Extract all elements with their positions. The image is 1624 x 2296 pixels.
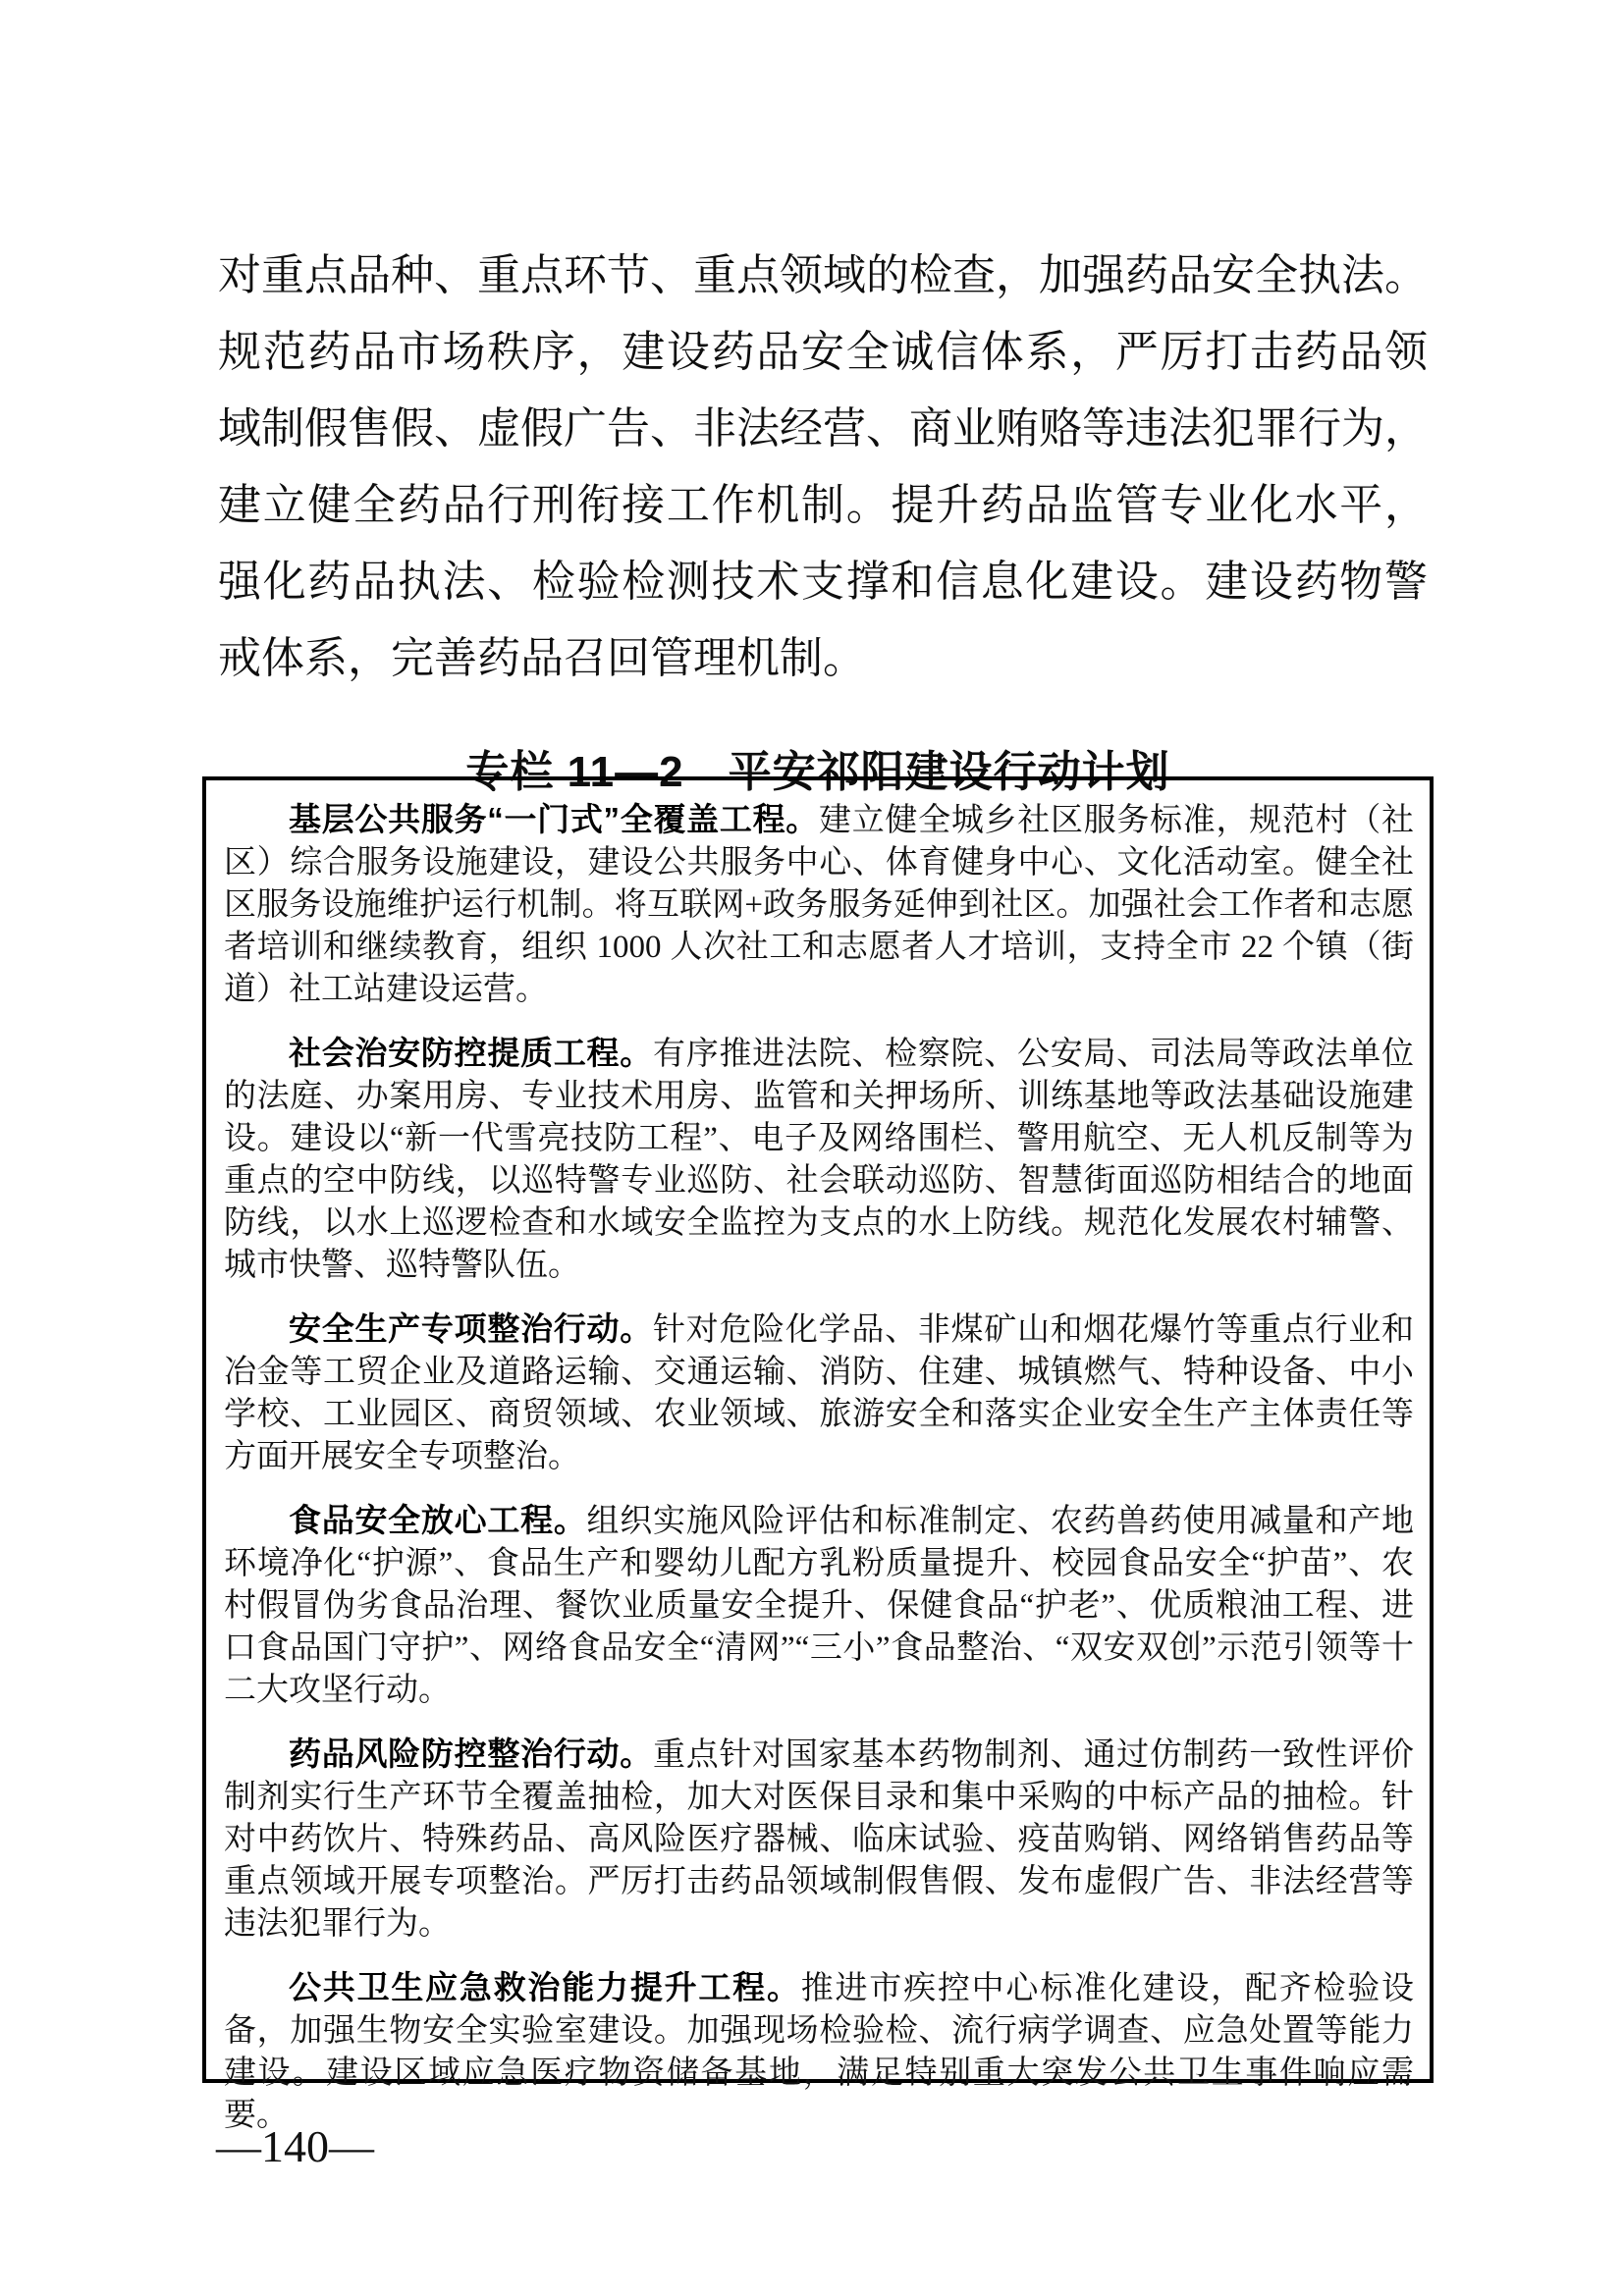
panel-paragraph: 基层公共服务“一门式”全覆盖工程。建立健全城乡社区服务标准，规范村（社区）综合服…	[224, 798, 1414, 1011]
panel-paragraph: 安全生产专项整治行动。针对危险化学品、非煤矿山和烟花爆竹等重点行业和冶金等工贸企…	[224, 1308, 1414, 1478]
panel-paragraph: 社会治安防控提质工程。有序推进法院、检察院、公安局、司法局等政法单位的法庭、办案…	[224, 1032, 1414, 1287]
body-text-line: 强化药品执法、检验检测技术支撑和信息化建设。建设药物警	[218, 544, 1428, 620]
body-text-line: 域制假售假、虚假广告、非法经营、商业贿赂等违法犯罪行为，	[218, 391, 1428, 467]
page-number: —140—	[216, 2122, 374, 2171]
paragraph-title: 安全生产专项整治行动。	[289, 1310, 653, 1347]
body-text-line: 建立健全药品行刑衔接工作机制。提升药品监管专业化水平，	[218, 467, 1428, 544]
paragraph-title: 公共卫生应急救治能力提升工程。	[289, 1969, 801, 2005]
paragraph-title: 药品风险防控整治行动。	[289, 1735, 653, 1772]
body-paragraph: 对重点品种、重点环节、重点领域的检查，加强药品安全执法。 规范药品市场秩序，建设…	[218, 238, 1428, 697]
body-text-line: 戒体系，完善药品召回管理机制。	[218, 620, 1428, 697]
body-text-line: 规范药品市场秩序，建设药品安全诚信体系，严厉打击药品领	[218, 314, 1428, 391]
action-plan-panel: 基层公共服务“一门式”全覆盖工程。建立健全城乡社区服务标准，规范村（社区）综合服…	[202, 776, 1434, 2083]
paragraph-title: 社会治安防控提质工程。	[289, 1035, 653, 1071]
paragraph-title: 食品安全放心工程。	[289, 1502, 587, 1538]
paragraph-text: 有序推进法院、检察院、公安局、司法局等政法单位的法庭、办案用房、专业技术用房、监…	[224, 1037, 1414, 1283]
paragraph-title: 基层公共服务“一门式”全覆盖工程。	[289, 801, 819, 837]
panel-paragraph: 药品风险防控整治行动。重点针对国家基本药物制剂、通过仿制药一致性评价制剂实行生产…	[224, 1733, 1414, 1946]
panel-paragraph: 食品安全放心工程。组织实施风险评估和标准制定、农药兽药使用减量和产地环境净化“护…	[224, 1499, 1414, 1712]
panel-paragraph: 公共卫生应急救治能力提升工程。推进市疾控中心标准化建设，配齐检验设备，加强生物安…	[224, 1966, 1414, 2137]
body-text-line: 对重点品种、重点环节、重点领域的检查，加强药品安全执法。	[218, 238, 1428, 314]
